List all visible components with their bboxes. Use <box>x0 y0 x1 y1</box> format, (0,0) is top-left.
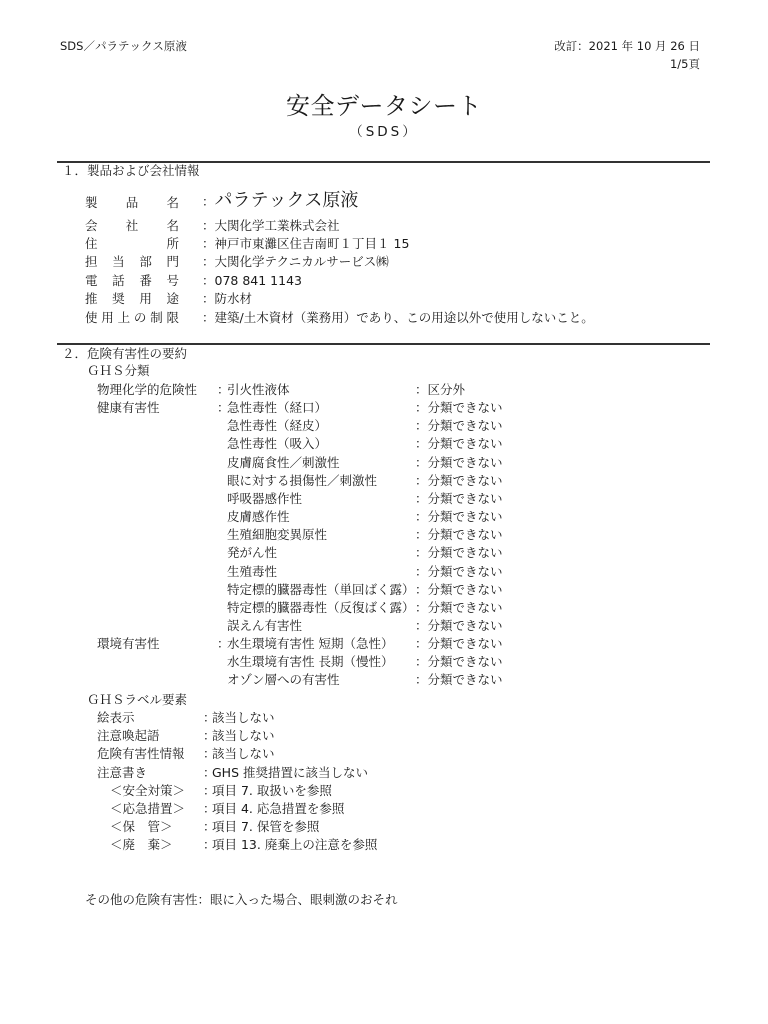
info-colon: ： <box>202 236 215 251</box>
ghs-label-value: 項目 13. 廃棄上の注意を参照 <box>212 839 377 852</box>
ghs-hazard: 生殖毒性 <box>227 566 277 579</box>
info-label-char: 話 <box>112 275 125 288</box>
ghs-hazard: 生殖細胞変異原性 <box>227 529 327 542</box>
ghs-label-name: ＜応急措置＞ <box>110 803 185 816</box>
ghs-result: ：分類できない <box>415 493 503 506</box>
info-colon: ： <box>202 254 215 269</box>
info-label-char: 途 <box>166 293 179 306</box>
info-colon: ： <box>202 273 215 288</box>
info-label-char: の <box>134 312 147 325</box>
ghs-result: ：分類できない <box>415 602 503 615</box>
ghs-result: ：分類できない <box>415 638 503 651</box>
ghs-result: ：分類できない <box>415 620 503 633</box>
ghs-result-colon: ： <box>415 509 428 524</box>
ghs-result-value: 分類できない <box>428 491 503 506</box>
info-label-char: 部 <box>139 256 152 269</box>
ghs-label-value: 項目 7. 取扱いを参照 <box>212 785 332 798</box>
section-2-heading: ２．危険有害性の要約 <box>62 348 187 361</box>
ghs-result: ：分類できない <box>415 420 503 433</box>
ghs-label-name: ＜安全対策＞ <box>110 785 185 798</box>
ghs-result: ：分類できない <box>415 529 503 542</box>
ghs-result-value: 分類できない <box>428 582 503 597</box>
ghs-result-colon: ： <box>415 672 428 687</box>
ghs-result-colon: ： <box>415 545 428 560</box>
info-value: 建築/土木資材（業務用）であり、この用途以外で使用しないこと。 <box>215 310 594 325</box>
ghs-hazard: 特定標的臓器毒性（反復ばく露） <box>227 602 415 615</box>
ghs-result: ：分類できない <box>415 438 503 451</box>
ghs-result-colon: ： <box>415 382 428 397</box>
ghs-result: ：分類できない <box>415 656 503 669</box>
ghs-hazard: 水生環境有害性 短期（急性） <box>227 638 393 651</box>
ghs-hazard: 急性毒性（経皮） <box>227 420 327 433</box>
ghs-hazard: 誤えん有害性 <box>227 620 302 633</box>
header-page-number: 1/5頁 <box>670 59 700 71</box>
ghs-result-value: 分類できない <box>428 618 503 633</box>
ghs-result-value: 分類できない <box>428 527 503 542</box>
section-divider-2 <box>57 343 710 345</box>
ghs-result: ：分類できない <box>415 674 503 687</box>
info-label: 住所 <box>85 238 179 251</box>
ghs-result-value: 分類できない <box>428 473 503 488</box>
ghs-hazard: 呼吸器感作性 <box>227 493 302 506</box>
info-label-char: 号 <box>166 275 179 288</box>
ghs-result-value: 分類できない <box>428 600 503 615</box>
ghs-result: ：分類できない <box>415 475 503 488</box>
ghs-result-colon: ： <box>415 654 428 669</box>
info-label-char: 名 <box>166 220 179 233</box>
ghs-label-heading: ＧＨＳラベル要素 <box>87 694 187 707</box>
info-colon: ： <box>202 310 215 325</box>
ghs-result-value: 分類できない <box>428 455 503 470</box>
document-subtitle: （SDS） <box>0 126 768 140</box>
ghs-result: ：分類できない <box>415 566 503 579</box>
ghs-hazard: 皮膚腐食性／刺激性 <box>227 457 340 470</box>
ghs-result-value: 分類できない <box>428 654 503 669</box>
ghs-category: 健康有害性 <box>97 402 160 415</box>
ghs-label-name: ＜保 管＞ <box>110 821 173 834</box>
ghs-label-name: 絵表示 <box>97 712 135 725</box>
info-label-char: 上 <box>118 312 131 325</box>
ghs-hazard: 水生環境有害性 長期（慢性） <box>227 656 393 669</box>
info-value: 防水材 <box>215 291 253 306</box>
info-label-char: 用 <box>101 312 114 325</box>
ghs-result: ：分類できない <box>415 457 503 470</box>
ghs-label-name: 注意喚起語 <box>97 730 160 743</box>
ghs-result-value: 区分外 <box>428 382 466 397</box>
ghs-label-value: GHS 推奨措置に該当しない <box>212 767 368 780</box>
info-label-char: 社 <box>126 220 139 233</box>
ghs-result-colon: ： <box>415 582 428 597</box>
ghs-label-value: 項目 4. 応急措置を参照 <box>212 803 344 816</box>
info-label-char: 使 <box>85 312 98 325</box>
info-label-char: 制 <box>150 312 163 325</box>
info-label-char: 電 <box>85 275 98 288</box>
ghs-hazard: 急性毒性（吸入） <box>227 438 327 451</box>
other-hazards-value: 眼に入った場合、眼刺激のおそれ <box>210 892 398 907</box>
info-value: 大関化学テクニカルサービス㈱ <box>215 254 389 269</box>
info-label-char: 限 <box>166 312 179 325</box>
info-label-char: 製 <box>85 197 98 210</box>
ghs-hazard: 引火性液体 <box>227 384 290 397</box>
info-value: 大関化学工業株式会社 <box>215 218 340 233</box>
info-label-char: 門 <box>166 256 179 269</box>
info-label-char: 会 <box>85 220 98 233</box>
ghs-result-value: 分類できない <box>428 418 503 433</box>
info-label-char: 推 <box>85 293 98 306</box>
ghs-result-colon: ： <box>415 418 428 433</box>
info-label-char: 名 <box>166 197 179 210</box>
ghs-result-value: 分類できない <box>428 564 503 579</box>
info-label-char: 番 <box>139 275 152 288</box>
info-label-char: 所 <box>166 238 179 251</box>
ghs-result-value: 分類できない <box>428 545 503 560</box>
header-document-name: SDS／パラテックス原液 <box>60 41 187 53</box>
other-hazards-label: その他の危険有害性 <box>85 892 198 907</box>
info-label: 推奨用途 <box>85 293 179 306</box>
ghs-result-value: 分類できない <box>428 436 503 451</box>
ghs-result: ：区分外 <box>415 384 465 397</box>
ghs-result: ：分類できない <box>415 402 503 415</box>
ghs-result-value: 分類できない <box>428 400 503 415</box>
ghs-classification-heading: ＧＨＳ分類 <box>87 365 150 378</box>
ghs-hazard: オゾン層への有害性 <box>227 674 340 687</box>
ghs-result-colon: ： <box>415 618 428 633</box>
info-colon: ： <box>202 194 215 209</box>
ghs-result: ：分類できない <box>415 547 503 560</box>
info-label: 会社名 <box>85 220 179 233</box>
info-label: 電話番号 <box>85 275 179 288</box>
info-label-char: 品 <box>126 197 139 210</box>
ghs-hazard: 発がん性 <box>227 547 277 560</box>
ghs-label-value: 該当しない <box>212 748 275 761</box>
ghs-result-value: 分類できない <box>428 636 503 651</box>
ghs-result-colon: ： <box>415 636 428 651</box>
info-label: 担当部門 <box>85 256 179 269</box>
section-1-heading: １．製品および会社情報 <box>62 165 200 178</box>
info-label: 使用上の制限 <box>85 312 179 325</box>
ghs-hazard: 急性毒性（経口） <box>227 402 327 415</box>
info-colon: ： <box>202 218 215 233</box>
ghs-result-value: 分類できない <box>428 672 503 687</box>
ghs-hazard: 眼に対する損傷性／刺激性 <box>227 475 377 488</box>
ghs-hazard: 皮膚感作性 <box>227 511 290 524</box>
other-hazards-colon: ： <box>198 892 211 907</box>
ghs-result: ：分類できない <box>415 511 503 524</box>
info-label-char: 用 <box>139 293 152 306</box>
ghs-label-value: 該当しない <box>212 712 275 725</box>
info-label-char: 奨 <box>112 293 125 306</box>
ghs-result-colon: ： <box>415 400 428 415</box>
ghs-label-value: 該当しない <box>212 730 275 743</box>
ghs-result-colon: ： <box>415 436 428 451</box>
header-revision-date: 改訂：2021 年 10 月 26 日 <box>554 41 700 53</box>
info-colon: ： <box>202 291 215 306</box>
product-name: パラテックス原液 <box>215 190 359 211</box>
info-label-char: 当 <box>112 256 125 269</box>
info-label-char: 担 <box>85 256 98 269</box>
other-hazards: その他の危険有害性：眼に入った場合、眼刺激のおそれ <box>85 894 398 907</box>
ghs-label-name: ＜廃 棄＞ <box>110 839 173 852</box>
ghs-label-name: 危険有害性情報 <box>97 748 185 761</box>
ghs-result-colon: ： <box>415 473 428 488</box>
ghs-category: 物理化学的危険性 <box>97 384 197 397</box>
ghs-result-colon: ： <box>415 455 428 470</box>
ghs-result-colon: ： <box>415 491 428 506</box>
ghs-result-colon: ： <box>415 600 428 615</box>
ghs-label-name: 注意書き <box>97 767 147 780</box>
ghs-hazard: 特定標的臓器毒性（単回ばく露） <box>227 584 415 597</box>
info-value: 神戸市東灘区住吉南町１丁目１ 15 <box>215 236 410 251</box>
ghs-result-value: 分類できない <box>428 509 503 524</box>
info-label-char: 住 <box>85 238 98 251</box>
info-label: 製品名 <box>85 197 179 210</box>
ghs-result-colon: ： <box>415 527 428 542</box>
info-value: 078 841 1143 <box>215 273 302 288</box>
document-title: 安全データシート <box>0 94 768 118</box>
ghs-result: ：分類できない <box>415 584 503 597</box>
ghs-result-colon: ： <box>415 564 428 579</box>
ghs-label-value: 項目 7. 保管を参照 <box>212 821 319 834</box>
ghs-category: 環境有害性 <box>97 638 160 651</box>
